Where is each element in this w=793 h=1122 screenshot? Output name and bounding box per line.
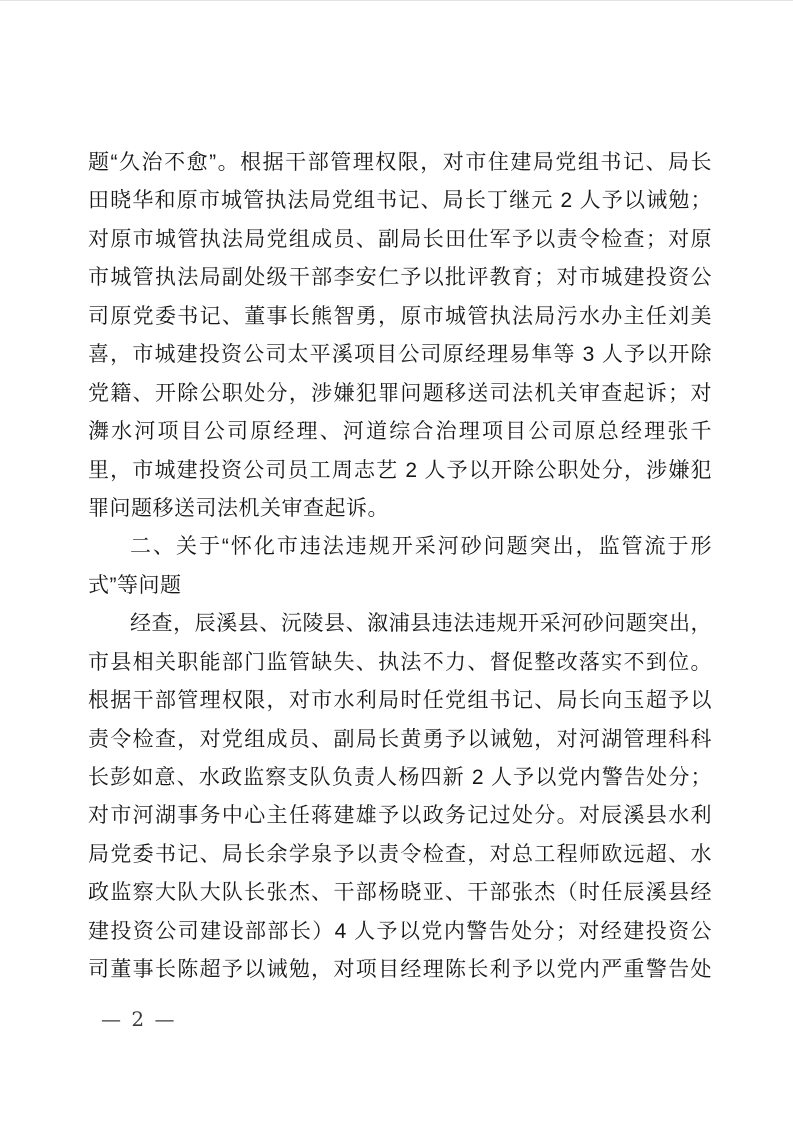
text-line: 田晓华和原市城管执法局党组书记、局长丁继元 2 人予以诫勉； [88, 182, 712, 220]
scan-edge-line [0, 0, 793, 1]
text-line: 里，市城建投资公司员工周志艺 2 人予以开除公职处分，涉嫌犯 [88, 452, 712, 490]
text-line: 政监察大队大队长张杰、干部杨晓亚、干部张杰（时任辰溪县经 [88, 874, 712, 912]
text-line: 题“久治不愈”。根据干部管理权限，对市住建局党组书记、局长 [88, 144, 712, 182]
text-line: 喜，市城建投资公司太平溪项目公司原经理易隼等 3 人予以开除 [88, 336, 712, 374]
text-line: 对市河湖事务中心主任蒋建雄予以政务记过处分。对辰溪县水利 [88, 797, 712, 835]
text-line: 党籍、开除公职处分，涉嫌犯罪问题移送司法机关审查起诉；对 [88, 375, 712, 413]
text-line: 罪问题移送司法机关审查起诉。 [88, 490, 712, 528]
text-line: 市城管执法局副处级干部李安仁予以批评教育；对市城建投资公 [88, 259, 712, 297]
text-line: 市县相关职能部门监管缺失、执法不力、督促整改落实不到位。 [88, 644, 712, 682]
text-line: 司董事长陈超予以诫勉，对项目经理陈长利予以党内严重警告处 [88, 951, 712, 989]
text-line: 㵲水河项目公司原经理、河道综合治理项目公司原总经理张千 [88, 413, 712, 451]
text-line: 局党委书记、局长余学泉予以责令检查，对总工程师欧远超、水 [88, 836, 712, 874]
document-body: 题“久治不愈”。根据干部管理权限，对市住建局党组书记、局长 田晓华和原市城管执法… [88, 144, 712, 990]
text-line: 长彭如意、水政监察支队负责人杨四新 2 人予以党内警告处分； [88, 759, 712, 797]
text-line: 经查，辰溪县、沅陵县、溆浦县违法违规开采河砂问题突出， [88, 605, 712, 643]
text-line: 建投资公司建设部部长）4 人予以党内警告处分；对经建投资公 [88, 913, 712, 951]
text-line: 根据干部管理权限，对市水利局时任党组书记、局长向玉超予以 [88, 682, 712, 720]
page-number: — 2 — [101, 1007, 176, 1031]
section-heading-line: 式”等问题 [88, 567, 712, 605]
text-line: 责令检查，对党组成员、副局长黄勇予以诫勉，对河湖管理科科 [88, 721, 712, 759]
text-line: 对原市城管执法局党组成员、副局长田仕军予以责令检查；对原 [88, 221, 712, 259]
document-page: 题“久治不愈”。根据干部管理权限，对市住建局党组书记、局长 田晓华和原市城管执法… [0, 0, 793, 1122]
text-line: 司原党委书记、董事长熊智勇，原市城管执法局污水办主任刘美 [88, 298, 712, 336]
section-heading-line: 二、关于“怀化市违法违规开采河砂问题突出，监管流于形 [88, 528, 712, 566]
